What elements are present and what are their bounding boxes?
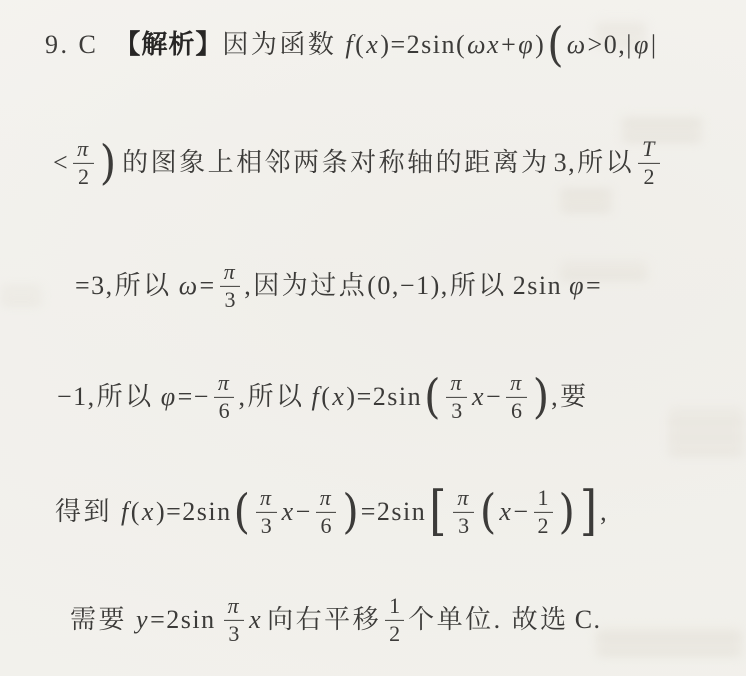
math-var: y bbox=[135, 605, 150, 635]
math-run: 2sin bbox=[182, 497, 231, 527]
fraction-numerator: 1 bbox=[534, 486, 553, 513]
math-run: = bbox=[75, 271, 91, 301]
text-run: 向右平移 bbox=[267, 605, 381, 635]
scanned-page: 9. C【解析】因为函数f(x)=2sin(ωx+φ)(ω>0,|φ|<π2)的… bbox=[0, 0, 746, 676]
fraction-denominator: 3 bbox=[220, 287, 239, 313]
fraction: π6 bbox=[506, 371, 527, 423]
math-run: 3 bbox=[91, 271, 106, 301]
fraction: 12 bbox=[385, 594, 404, 646]
math-var: φ bbox=[568, 271, 586, 301]
math-run: 2sin( bbox=[407, 30, 467, 60]
text-run: ,所以 bbox=[568, 148, 634, 178]
bleed-through-mark bbox=[668, 408, 744, 456]
fraction: 12 bbox=[534, 486, 553, 538]
fraction-numerator: π bbox=[446, 371, 467, 398]
fraction: π3 bbox=[453, 486, 474, 538]
math-run: )= bbox=[380, 30, 406, 60]
solution-line-3: =3,所以ω=π3,因为过点(0,−1),所以2sinφ= bbox=[75, 260, 602, 312]
big-paren: ) bbox=[342, 488, 358, 535]
fraction-denominator: 3 bbox=[454, 513, 473, 539]
fraction-numerator: π bbox=[224, 594, 245, 621]
big-bracket: [ bbox=[429, 485, 446, 539]
fraction: π6 bbox=[214, 371, 235, 423]
math-run: = bbox=[150, 605, 166, 635]
math-run: − bbox=[296, 497, 312, 527]
big-paren: ( bbox=[234, 488, 250, 535]
fraction-denominator: 6 bbox=[215, 398, 234, 424]
math-run: (0,−1) bbox=[367, 271, 440, 301]
math-run: ( bbox=[355, 30, 365, 60]
math-run: ) bbox=[535, 30, 545, 60]
math-var: x bbox=[141, 497, 156, 527]
math-run: ( bbox=[131, 497, 141, 527]
math-run: 2sin bbox=[377, 497, 426, 527]
text-run: 9. C bbox=[45, 30, 98, 60]
math-run: >0, bbox=[588, 30, 627, 60]
math-run: | bbox=[626, 30, 633, 60]
math-run: =− bbox=[178, 382, 210, 412]
fraction-denominator: 6 bbox=[507, 398, 526, 424]
text-run: ,所以 bbox=[106, 271, 172, 301]
bleed-through-mark bbox=[0, 286, 42, 306]
fraction-numerator: 1 bbox=[385, 594, 404, 621]
math-run: C. bbox=[575, 605, 602, 635]
math-var: f bbox=[120, 497, 131, 527]
math-run: )= bbox=[156, 497, 182, 527]
text-run: 得到 bbox=[55, 497, 112, 527]
fraction-numerator: π bbox=[256, 486, 277, 513]
bold-label: 【解析】 bbox=[114, 30, 222, 60]
math-var: ω bbox=[566, 30, 588, 60]
fraction-numerator: π bbox=[316, 486, 337, 513]
fraction-denominator: 6 bbox=[317, 513, 336, 539]
math-run: = bbox=[586, 271, 602, 301]
fraction: π3 bbox=[446, 371, 467, 423]
big-paren: ( bbox=[547, 21, 563, 68]
math-run: 3 bbox=[554, 148, 569, 178]
fraction: π6 bbox=[316, 486, 337, 538]
math-run: < bbox=[53, 148, 69, 178]
big-paren: ( bbox=[424, 373, 440, 420]
math-var: x bbox=[498, 497, 513, 527]
text-run: 需要 bbox=[70, 605, 127, 635]
solution-line-1: 9. C【解析】因为函数f(x)=2sin(ωx+φ)(ω>0,|φ| bbox=[45, 24, 658, 66]
text-run: 因为函数 bbox=[222, 30, 336, 60]
fraction: T2 bbox=[638, 137, 660, 189]
bleed-through-mark bbox=[560, 188, 612, 212]
big-paren: ) bbox=[533, 373, 549, 420]
fraction: π3 bbox=[224, 594, 245, 646]
math-var: x bbox=[281, 497, 296, 527]
math-var: x bbox=[248, 605, 263, 635]
math-var: x bbox=[331, 382, 346, 412]
math-run: 2sin bbox=[166, 605, 215, 635]
math-run: 2sin bbox=[373, 382, 422, 412]
solution-line-2: <π2)的图象上相邻两条对称轴的距离为3,所以T2 bbox=[53, 137, 664, 189]
math-var: f bbox=[344, 30, 355, 60]
fraction-denominator: 2 bbox=[640, 164, 659, 190]
big-paren: ) bbox=[559, 488, 575, 535]
big-bracket: ] bbox=[580, 485, 597, 539]
fraction-denominator: 2 bbox=[385, 621, 404, 647]
fraction-denominator: 3 bbox=[224, 621, 243, 647]
math-var: x bbox=[365, 30, 380, 60]
math-run: )= bbox=[346, 382, 372, 412]
math-run: | bbox=[651, 30, 658, 60]
text-run: ,要 bbox=[551, 382, 589, 412]
text-run: ,所以 bbox=[238, 382, 304, 412]
fraction: π3 bbox=[256, 486, 277, 538]
math-run: = bbox=[200, 271, 216, 301]
math-var: φ bbox=[160, 382, 178, 412]
fraction-denominator: 2 bbox=[74, 164, 93, 190]
bleed-through-mark bbox=[596, 626, 742, 656]
text-run: 的图象上相邻两条对称轴的距离为 bbox=[122, 148, 550, 178]
fraction-denominator: 3 bbox=[257, 513, 276, 539]
fraction: π3 bbox=[220, 260, 241, 312]
math-run: = bbox=[361, 497, 377, 527]
fraction-denominator: 3 bbox=[447, 398, 466, 424]
text-run: ,所以 bbox=[441, 271, 507, 301]
math-run: − bbox=[513, 497, 529, 527]
math-run: −1 bbox=[57, 382, 88, 412]
fraction: π2 bbox=[73, 137, 94, 189]
solution-line-4: −1,所以φ=−π6,所以f(x)=2sin(π3x−π6),要 bbox=[57, 371, 589, 423]
fraction-numerator: T bbox=[638, 137, 660, 164]
text-run: , bbox=[600, 497, 609, 527]
fraction-numerator: π bbox=[73, 137, 94, 164]
big-paren: ( bbox=[480, 488, 496, 535]
math-run: ( bbox=[321, 382, 331, 412]
solution-line-5: 得到f(x)=2sin(π3x−π6)=2sin[π3(x−12)], bbox=[55, 486, 609, 538]
text-run: ,因为过点 bbox=[244, 271, 367, 301]
math-var: ωx bbox=[466, 30, 501, 60]
math-var: φ bbox=[517, 30, 535, 60]
fraction-numerator: π bbox=[453, 486, 474, 513]
math-var: x bbox=[471, 382, 486, 412]
math-var: ω bbox=[178, 271, 200, 301]
math-run: 2sin bbox=[513, 271, 562, 301]
math-run: + bbox=[501, 30, 517, 60]
math-var: f bbox=[310, 382, 321, 412]
math-run: − bbox=[486, 382, 502, 412]
fraction-numerator: π bbox=[214, 371, 235, 398]
math-var: φ bbox=[633, 30, 651, 60]
solution-line-6: 需要y=2sinπ3x向右平移12个单位. 故选C. bbox=[70, 594, 602, 646]
fraction-numerator: π bbox=[506, 371, 527, 398]
fraction-denominator: 2 bbox=[534, 513, 553, 539]
big-paren: ) bbox=[100, 139, 116, 186]
fraction-numerator: π bbox=[220, 260, 241, 287]
text-run: 个单位. 故选 bbox=[408, 605, 569, 635]
text-run: ,所以 bbox=[88, 382, 154, 412]
